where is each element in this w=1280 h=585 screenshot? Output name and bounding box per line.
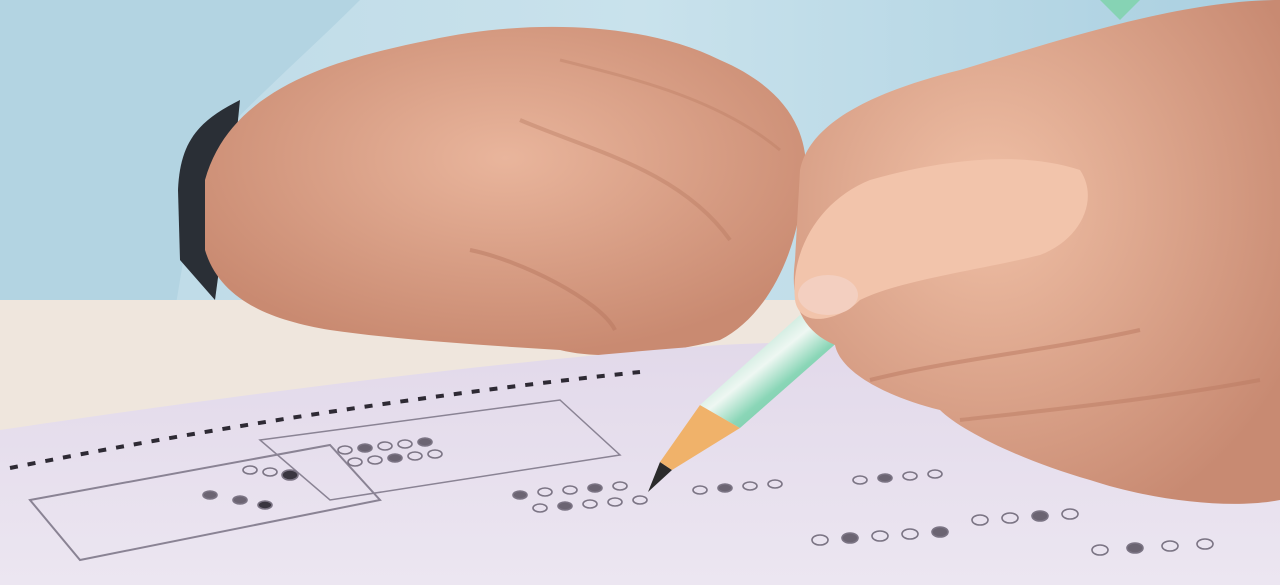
thumbnail xyxy=(798,275,858,315)
photo-scene xyxy=(0,0,1280,585)
